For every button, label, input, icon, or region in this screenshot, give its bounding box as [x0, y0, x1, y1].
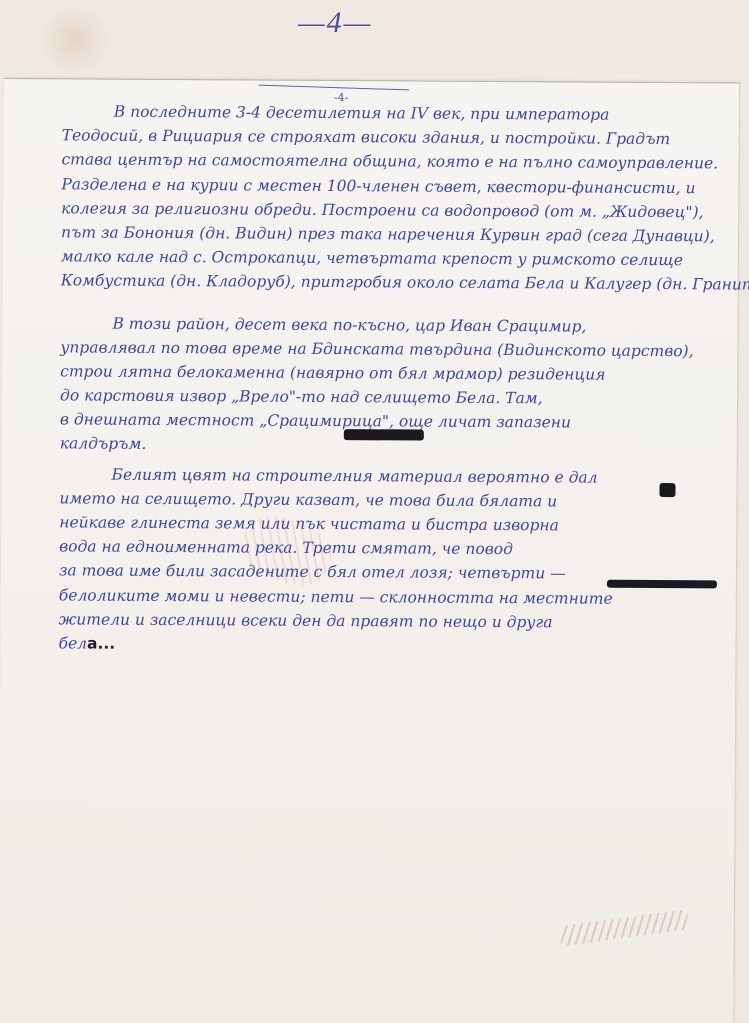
text-line: Белият цвят на строителния материал веро… [60, 462, 708, 490]
paragraph-1: В последните 3-4 десетилетия на IV век, … [61, 99, 710, 296]
text-line-ending: бела... [58, 631, 706, 659]
hand-drawn-rule [259, 85, 409, 91]
ending-bold-text: а... [87, 634, 115, 652]
text-line: жители и заселници всеки ден да правят п… [59, 607, 707, 635]
redaction-mark [659, 483, 675, 497]
handwritten-text: В последните 3-4 десетилетия на IV век, … [58, 99, 709, 659]
faint-signature-stamp [558, 909, 690, 946]
inner-paper-sheet: -4- В последните 3-4 десетилетия на IV в… [0, 78, 740, 1023]
text-line: става център на самостоятелна община, ко… [61, 148, 709, 176]
redaction-mark [607, 580, 717, 589]
text-line-ending-prefix: бел [58, 634, 87, 652]
page-number-top: —4— [298, 6, 372, 40]
text-line: Разделена е на курии с местен 100-членен… [61, 172, 709, 200]
text-line: Комбустика (дн. Кладоруб), притгробия ок… [61, 269, 709, 297]
paper-stain [40, 5, 110, 75]
redaction-mark [344, 429, 424, 440]
text-line: В този район, десет века по-късно, цар И… [60, 311, 708, 339]
paragraph-3: Белият цвят на строителния материал веро… [58, 462, 707, 659]
